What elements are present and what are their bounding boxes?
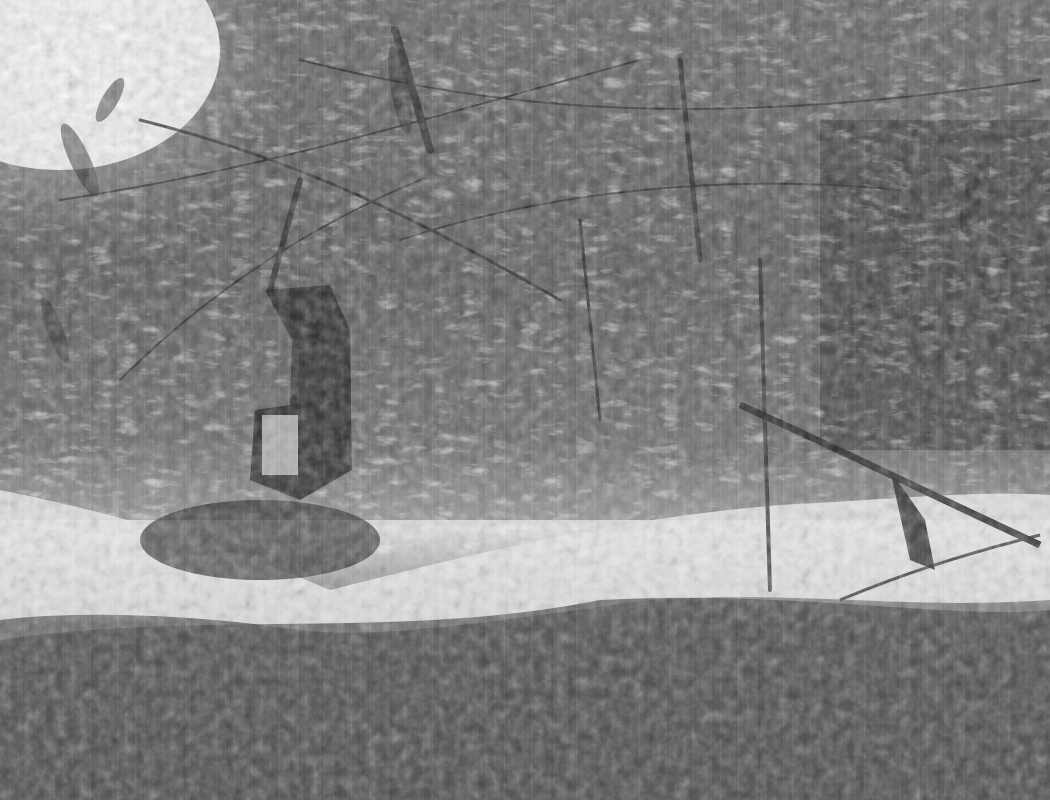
film-grain: [0, 0, 1050, 800]
photograph: Grayscale photograph of dense bamboo fol…: [0, 0, 1050, 800]
foliage-scene: [0, 0, 1050, 800]
